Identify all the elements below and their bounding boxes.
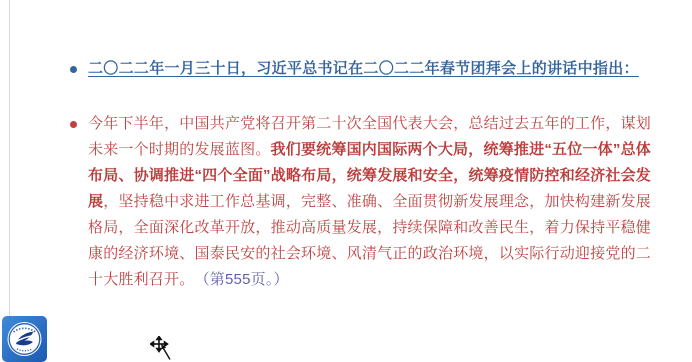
bullet-icon (70, 121, 77, 128)
move-arrow-cursor (150, 336, 178, 362)
bullet-icon (70, 66, 77, 73)
university-emblem-logo (2, 316, 47, 362)
slide-canvas: 二〇二二年一月三十日，习近平总书记在二〇二二年春节团拜会上的讲话中指出： 今年下… (0, 0, 692, 362)
slide-heading: 二〇二二年一月三十日，习近平总书记在二〇二二年春节团拜会上的讲话中指出： (88, 59, 656, 79)
body-text-segment: ，坚持稳中求进工作总基调，完整、准确、全面贯彻新发展理念，加快构建新发展格局，全… (88, 193, 651, 288)
left-edge-divider (9, 0, 10, 362)
slide-body-paragraph: 今年下半年，中国共产党将召开第二十次全国代表大会，总结过去五年的工作，谋划未来一… (88, 111, 651, 293)
page-reference: （第555页。） (187, 271, 289, 288)
